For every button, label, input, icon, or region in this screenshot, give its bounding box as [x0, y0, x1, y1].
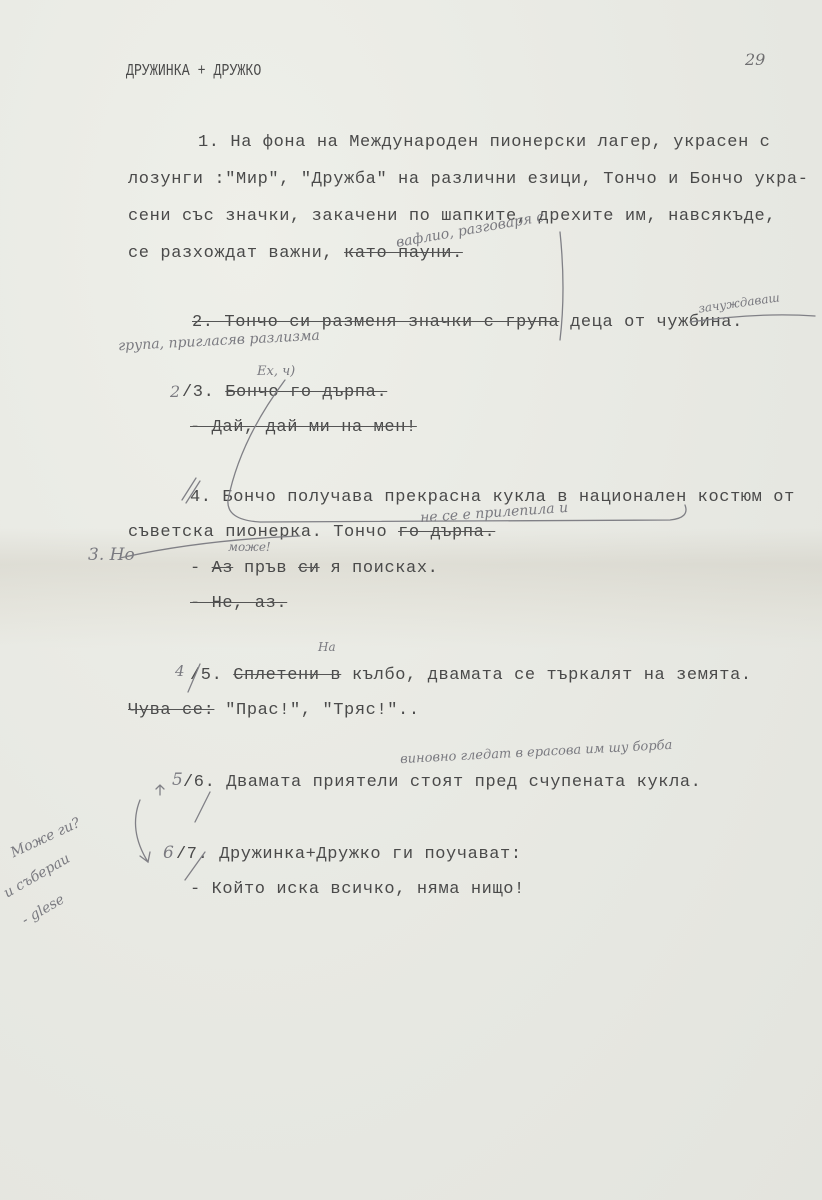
- p5-line-2: Чува се: "Прас!", "Тряс!"..: [128, 701, 420, 720]
- handwritten-number: 2: [170, 382, 180, 401]
- p1-line-1: 1. На фона на Международен пионерски лаг…: [198, 133, 771, 152]
- p5-line-1: /5. Сплетени в кълбо, двамата се търкаля…: [190, 666, 752, 685]
- struck-text: Сплетени в: [233, 666, 341, 685]
- document-page: ДРУЖИНКА + ДРУЖКО 29 1. На фона на Между…: [0, 0, 822, 1200]
- p7-line-2: - Който иска всичко, няма нищо!: [190, 880, 525, 899]
- handwritten-insert: Ех, ч): [257, 364, 295, 379]
- struck-text: си: [298, 559, 320, 578]
- handwritten-number: 6: [163, 843, 174, 863]
- margin-note-line: и събераи: [1, 851, 73, 902]
- struck-text: 2. Тончо си разменя значки с група: [192, 313, 559, 332]
- p3-line-1: /3. Бончо го дърпа.: [182, 383, 387, 402]
- handwritten-insert: може!: [228, 540, 271, 554]
- p4-line-3: - Аз пръв си я поисках.: [190, 559, 438, 578]
- p6-line-1: /6. Двамата приятели стоят пред счупенат…: [183, 773, 701, 792]
- struck-text: го дърпа.: [398, 523, 495, 542]
- handwritten-number: 4: [175, 662, 185, 680]
- handwritten-insert: зачуждаваш: [697, 290, 780, 315]
- handwritten-insert: На: [318, 640, 336, 654]
- margin-note-line: Може ги?: [8, 815, 83, 861]
- handwritten-number: 5: [172, 770, 183, 790]
- page-number: 29: [745, 50, 765, 69]
- struck-text: Бончо го дърпа.: [225, 383, 387, 402]
- p1-line-2: лозунги :"Мир", "Дружба" на различни ези…: [128, 170, 809, 189]
- struck-text: Чува се:: [128, 701, 214, 720]
- handwritten-note: 3. Но: [88, 545, 135, 565]
- handwritten-insert: виновно гледат в ерасова им шу борба: [400, 738, 673, 767]
- p1-line-3: сени със значки, закачени по шапките, др…: [128, 207, 776, 226]
- margin-note-line: - glese: [19, 891, 67, 928]
- document-title: ДРУЖИНКА + ДРУЖКО: [126, 62, 261, 81]
- p3-line-2: - Дай, дай ми на мен!: [190, 418, 417, 437]
- p7-line-1: /7. Дружинка+Дружко ги поучават:: [176, 845, 522, 864]
- p4-line-2: съветска пионерка. Тончо го дърпа.: [128, 523, 495, 542]
- struck-text: Аз: [212, 559, 234, 578]
- p4-line-4: - Не, аз.: [190, 594, 287, 613]
